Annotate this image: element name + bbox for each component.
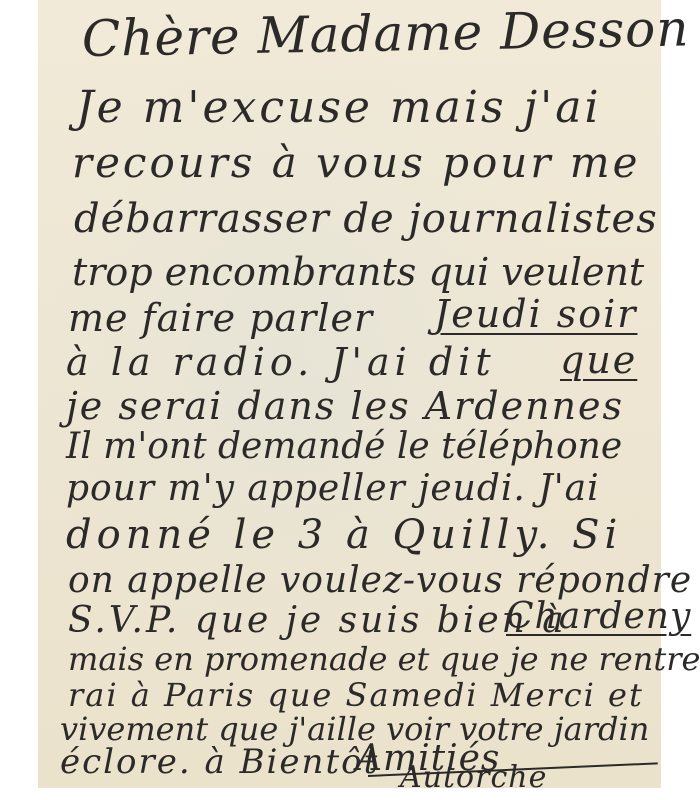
letter-line-9: pour m'y appeller jeudi. J'ai xyxy=(66,468,600,509)
letter-line-6-underlined: que xyxy=(560,338,637,382)
letter-paper: Chère Madame Desson Je m'excuse mais j'a… xyxy=(38,0,661,788)
letter-line-8: Il m'ont demandé le téléphone xyxy=(66,426,622,467)
letter-line-6a: à la radio. J'ai dit xyxy=(66,340,496,384)
letter-line-3: débarrasser de journalistes xyxy=(74,196,658,242)
letter-line-2: recours à vous pour me xyxy=(72,138,640,187)
letter-line-14: rai à Paris que Samedi Merci et xyxy=(68,676,644,714)
letter-line-4: trop encombrants qui veulent xyxy=(72,250,644,294)
letter-line-1: Je m'excuse mais j'ai xyxy=(76,82,602,133)
letter-line-10: donné le 3 à Quilly. Si xyxy=(66,512,622,558)
letter-line-12a: S.V.P. que je suis bien à xyxy=(68,600,567,641)
salutation: Chère Madame Desson xyxy=(81,0,689,68)
letter-line-5a: me faire parler xyxy=(68,296,373,340)
letter-line-11: on appelle voulez-vous répondre xyxy=(68,560,692,601)
signature: Autorche xyxy=(400,760,547,795)
letter-line-13: mais en promenade et que je ne rentre xyxy=(68,640,700,678)
letter-line-7: je serai dans les Ardennes xyxy=(66,384,624,428)
letter-line-5-underlined: Jeudi soir xyxy=(434,292,637,336)
letter-line-16: éclore. à Bientôt xyxy=(60,742,379,782)
letter-line-12-underlined: Chardeny xyxy=(506,596,691,637)
